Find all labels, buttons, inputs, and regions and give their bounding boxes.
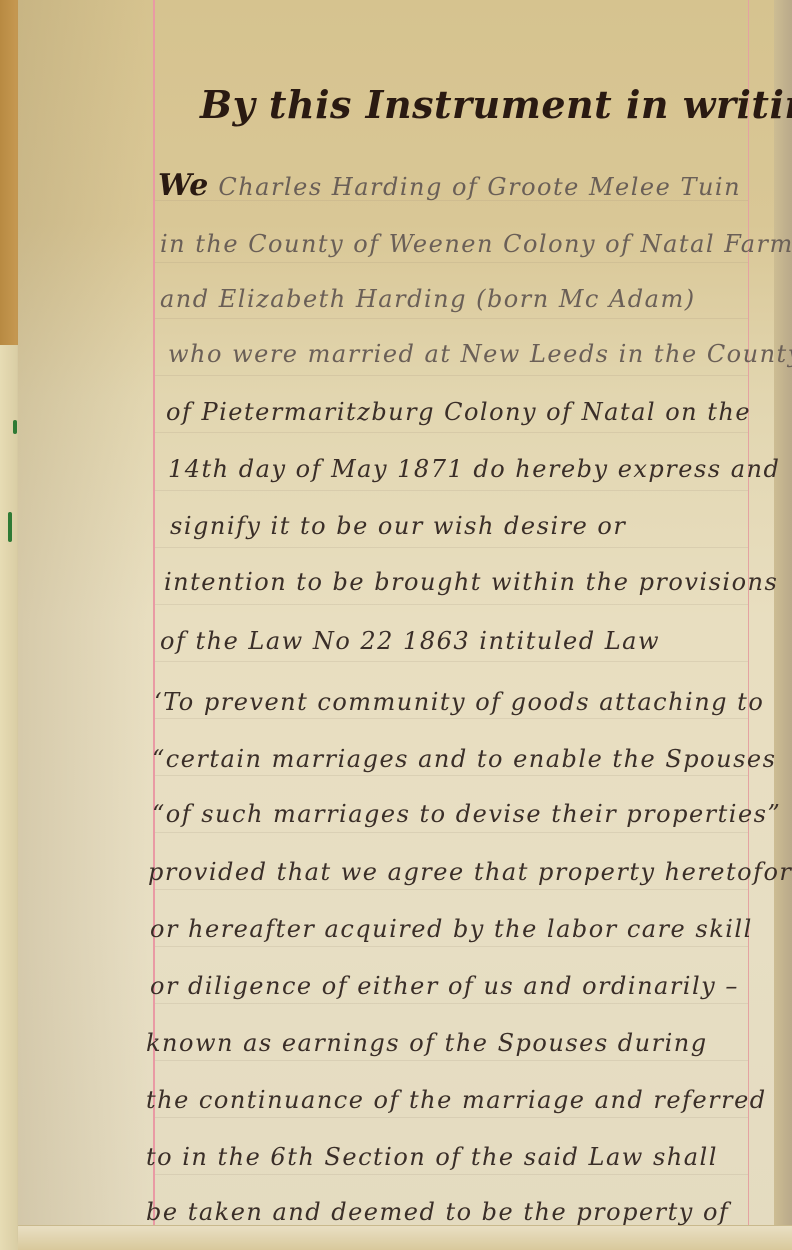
ruled-line [155, 661, 748, 662]
text-line: known as earnings of the Spouses during [146, 1029, 708, 1057]
ruled-line [155, 1003, 748, 1004]
text-line: ‘To prevent community of goods attaching… [154, 688, 764, 716]
text-line: “certain marriages and to enable the Spo… [152, 745, 776, 773]
green-mark [8, 512, 12, 542]
ruled-line [155, 318, 748, 319]
text-line: and Elizabeth Harding (born Mc Adam) [160, 285, 696, 313]
text-line: in the County of Weenen Colony of Natal … [160, 230, 792, 258]
text-line: “of such marriages to devise their prope… [152, 800, 781, 828]
ruled-line [155, 547, 748, 548]
ruled-line [155, 889, 748, 890]
ruled-line [155, 775, 748, 776]
text-line: or diligence of either of us and ordinar… [150, 972, 739, 1000]
ruled-line [155, 718, 748, 719]
text-line: be taken and deemed to be the property o… [146, 1198, 729, 1226]
document-heading: By this Instrument in writing; [200, 82, 792, 127]
text-line: who were married at New Leeds in the Cou… [168, 340, 792, 368]
underlying-page [18, 1225, 792, 1250]
green-mark [13, 420, 17, 434]
line-lead-word: We [158, 168, 208, 203]
ruled-line [155, 1117, 748, 1118]
text-line: intention to be brought within the provi… [164, 568, 778, 596]
ruled-line [155, 832, 748, 833]
ruled-line [155, 375, 748, 376]
text-line: the continuance of the marriage and refe… [146, 1086, 767, 1114]
binding-edge [0, 345, 18, 1250]
ruled-line [155, 262, 748, 263]
ruled-line [155, 604, 748, 605]
text-line: 14th day of May 1871 do hereby express a… [168, 455, 780, 483]
right-margin-line [748, 0, 749, 1225]
ruled-line [155, 946, 748, 947]
text-line: of the Law No 22 1863 intituled Law [160, 627, 660, 655]
text-line: or hereafter acquired by the labor care … [150, 915, 753, 943]
ruled-line [155, 490, 748, 491]
ruled-line [155, 432, 748, 433]
text-line: of Pietermaritzburg Colony of Natal on t… [166, 398, 751, 426]
text-line: signify it to be our wish desire or [170, 512, 626, 540]
text-line: provided that we agree that property her… [148, 858, 792, 886]
text-line: WeCharles Harding of Groote Melee Tuin [158, 168, 741, 203]
page-edge-right [774, 0, 792, 1250]
ruled-line [155, 1060, 748, 1061]
page-shadow [18, 0, 148, 1242]
ruled-line [155, 1174, 748, 1175]
text-line: to in the 6th Section of the said Law sh… [146, 1143, 718, 1171]
